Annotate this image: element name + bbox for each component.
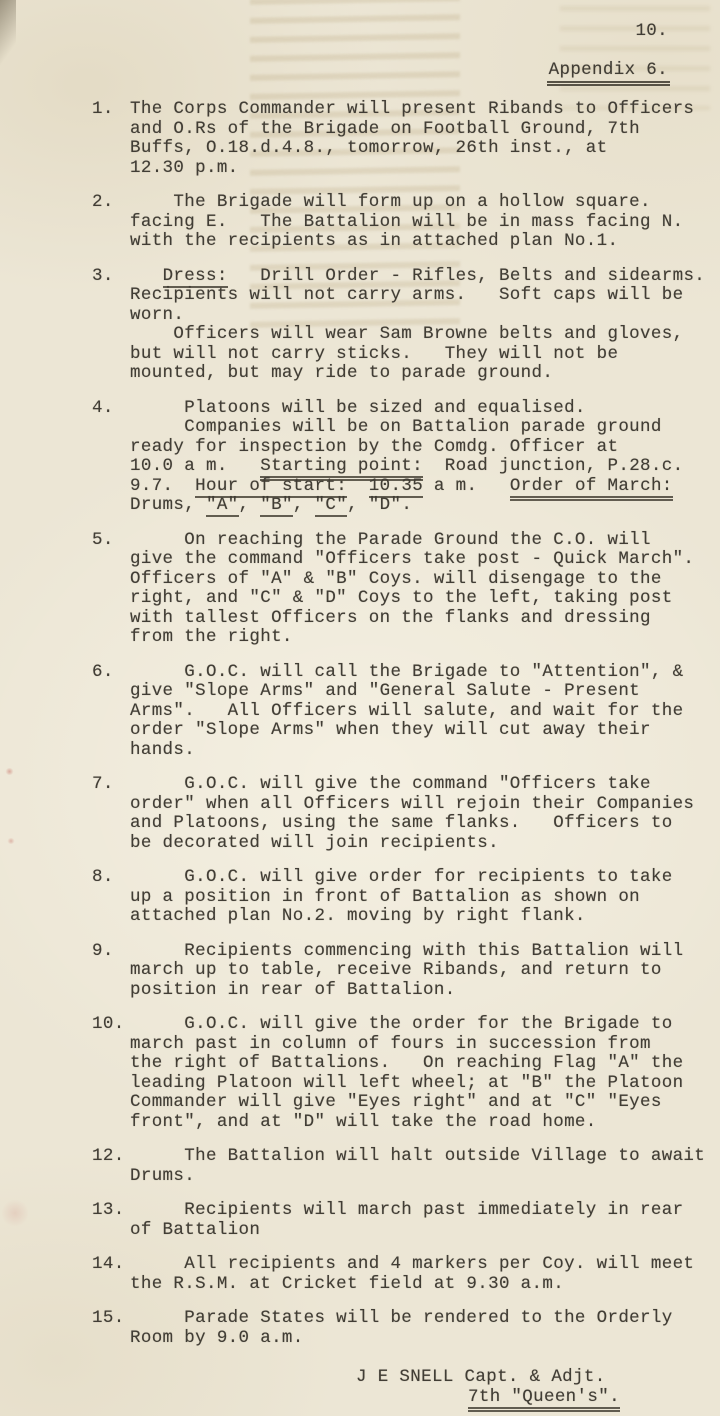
text-segment: Drums. [130,1166,195,1186]
text-segment: of Battalion [130,1220,260,1240]
paper-stain [2,1198,28,1228]
text-line: front", and at "D" will take the road ho… [130,1113,720,1133]
text-segment: be decorated will join recipients. [130,833,499,853]
list-item: 8. G.O.C. will give order for recipients… [92,868,720,927]
page-number: 10. [635,22,668,42]
item-body: G.O.C. will give order for recipients to… [130,868,720,927]
text-line: The Corps Commander will present Ribands… [130,100,720,120]
bleedthrough-texture-right [560,0,710,110]
item-number: 1. [92,100,130,178]
text-line: facing E. The Battalion will be in mass … [130,213,720,233]
text-segment [130,266,163,286]
paper-stain [7,838,15,844]
list-item: 6. G.O.C. will call the Brigade to "Atte… [92,663,720,761]
text-line: ready for inspection by the Comdg. Offic… [130,438,720,458]
text-line: G.O.C. will give order for recipients to… [130,868,720,888]
signature-block: J E SNELL Capt. & Adjt. 7th "Queen's". [356,1368,620,1407]
underlined-text: "B" [260,495,293,517]
text-line: march past in column of fours in success… [130,1035,720,1055]
text-segment: the right of Battalions. On reaching Fla… [130,1053,683,1073]
text-segment: The Brigade will form up on a hollow squ… [130,192,651,212]
text-line: G.O.C. will give the command "Officers t… [130,775,720,795]
text-segment: from the right. [130,627,293,647]
item-number: 8. [92,868,130,927]
text-line: the R.S.M. at Cricket field at 9.30 a.m. [130,1275,720,1295]
text-line: Arms". All Officers will salute, and wai… [130,702,720,722]
item-number: 5. [92,531,130,648]
text-line: Parade States will be rendered to the Or… [130,1309,720,1329]
document-page: 10. Appendix 6. 1.The Corps Commander wi… [0,0,720,1416]
item-number: 3. [92,267,130,384]
list-item: 14. All recipients and 4 markers per Coy… [92,1255,720,1294]
text-line: of Battalion [130,1221,720,1241]
text-segment: give the command "Officers take post - Q… [130,549,694,569]
list-item: 5. On reaching the Parade Ground the C.O… [92,531,720,648]
text-line: Officers will wear Sam Browne belts and … [130,325,720,345]
text-segment: Parade States will be rendered to the Or… [130,1308,673,1328]
text-segment: G.O.C. will give the order for the Briga… [130,1014,673,1034]
text-segment: The Corps Commander will present Ribands… [130,99,694,119]
text-line: Room by 9.0 a.m. [130,1329,720,1349]
text-segment [347,476,369,496]
text-line: worn. [130,306,720,326]
double-underlined-text: Order of March: [510,476,673,501]
text-segment: Recipients will march past immediately i… [130,1200,683,1220]
text-segment: mounted, but may ride to parade ground. [130,363,553,383]
page-corner-shadow [0,0,16,70]
item-number: 15. [92,1309,130,1348]
text-line: give the command "Officers take post - Q… [130,550,720,570]
item-body: Recipients will march past immediately i… [130,1201,720,1240]
text-line: right, and "C" & "D" Coys to the left, t… [130,589,720,609]
text-line: march up to table, receive Ribands, and … [130,961,720,981]
text-line: with the recipients as in attached plan … [130,232,720,252]
item-body: Parade States will be rendered to the Or… [130,1309,720,1348]
text-segment: and Platoons, using the same flanks. Off… [130,813,673,833]
text-line: Dress: Drill Order - Rifles, Belts and s… [130,267,720,287]
text-segment: On reaching the Parade Ground the C.O. w… [130,530,651,550]
text-segment: Buffs, O.18.d.4.8., tomorrow, 26th inst.… [130,138,607,158]
item-body: The Battalion will halt outside Village … [130,1147,720,1186]
text-line: Companies will be on Battalion parade gr… [130,418,720,438]
text-line: Buffs, O.18.d.4.8., tomorrow, 26th inst.… [130,139,720,159]
text-segment: with the recipients as in attached plan … [130,231,618,251]
text-line: 12.30 p.m. [130,159,720,179]
paper-stain [5,768,14,775]
text-segment: 10.0 a m. [130,456,260,476]
text-segment: G.O.C. will call the Brigade to "Attenti… [130,662,683,682]
text-segment: order "Slope Arms" when they will cut aw… [130,720,651,740]
text-segment: position in rear of Battalion. [130,980,456,1000]
item-body: G.O.C. will give the command "Officers t… [130,775,720,853]
list-item: 4. Platoons will be sized and equalised.… [92,399,720,516]
item-number: 7. [92,775,130,853]
item-body: G.O.C. will give the order for the Briga… [130,1015,720,1132]
text-segment: give "Slope Arms" and "General Salute - … [130,681,640,701]
text-line: All recipients and 4 markers per Coy. wi… [130,1255,720,1275]
text-segment: worn. [130,305,184,325]
text-line: Recipients will march past immediately i… [130,1201,720,1221]
text-segment: , [293,495,315,515]
text-segment: the R.S.M. at Cricket field at 9.30 a.m. [130,1274,564,1294]
list-item: 15. Parade States will be rendered to th… [92,1309,720,1348]
text-segment: Road junction, P.28.c. [423,456,683,476]
text-segment: attached plan No.2. moving by right flan… [130,906,586,926]
item-body: Dress: Drill Order - Rifles, Belts and s… [130,267,720,384]
item-body: Platoons will be sized and equalised. Co… [130,399,720,516]
text-segment: Officers will wear Sam Browne belts and … [130,324,683,344]
text-segment: march up to table, receive Ribands, and … [130,960,662,980]
text-segment: facing E. The Battalion will be in mass … [130,212,683,232]
list-item: 13. Recipients will march past immediate… [92,1201,720,1240]
text-line: G.O.C. will give the order for the Briga… [130,1015,720,1035]
text-line: but will not carry sticks. They will not… [130,345,720,365]
text-line: order "Slope Arms" when they will cut aw… [130,721,720,741]
text-segment: right, and "C" & "D" Coys to the left, t… [130,588,673,608]
text-segment: a m. [423,476,510,496]
text-segment: leading Platoon will left wheel; at "B" … [130,1073,683,1093]
text-line: be decorated will join recipients. [130,834,720,854]
text-segment: ready for inspection by the Comdg. Offic… [130,437,618,457]
item-body: The Brigade will form up on a hollow squ… [130,193,720,252]
text-segment: Companies will be on Battalion parade gr… [130,417,662,437]
item-number: 14. [92,1255,130,1294]
text-segment: Room by 9.0 a.m. [130,1328,304,1348]
list-item: 12. The Battalion will halt outside Vill… [92,1147,720,1186]
text-segment: Officers of "A" & "B" Coys. will disenga… [130,569,662,589]
text-segment: but will not carry sticks. They will not… [130,344,618,364]
text-line: and O.Rs of the Brigade on Football Grou… [130,120,720,140]
text-line: The Battalion will halt outside Village … [130,1147,720,1167]
text-segment: Platoons will be sized and equalised. [130,398,586,418]
text-segment: Drill Order - Rifles, Belts and sidearms… [228,266,705,286]
text-segment: hands. [130,740,195,760]
text-line: The Brigade will form up on a hollow squ… [130,193,720,213]
item-body: G.O.C. will call the Brigade to "Attenti… [130,663,720,761]
text-segment: up a position in front of Battalion as s… [130,887,640,907]
signature-name-line: J E SNELL Capt. & Adjt. [356,1368,620,1388]
text-segment: , [239,495,261,515]
item-number: 2. [92,193,130,252]
text-line: G.O.C. will call the Brigade to "Attenti… [130,663,720,683]
list-item: 3. Dress: Drill Order - Rifles, Belts an… [92,267,720,384]
list-item: 7. G.O.C. will give the command "Officer… [92,775,720,853]
text-line: order" when all Officers will rejoin the… [130,795,720,815]
item-number: 13. [92,1201,130,1240]
text-segment: The Battalion will halt outside Village … [130,1146,705,1166]
list-item: 1.The Corps Commander will present Riban… [92,100,720,178]
item-body: Recipients commencing with this Battalio… [130,942,720,1001]
text-line: 9.7. Hour of start: 10.35 a m. Order of … [130,477,720,497]
text-line: Platoons will be sized and equalised. [130,399,720,419]
text-segment: 9.7. [130,476,195,496]
item-number: 4. [92,399,130,516]
text-segment: order" when all Officers will rejoin the… [130,794,694,814]
text-line: 10.0 a m. Starting point: Road junction,… [130,457,720,477]
text-segment: 12.30 p.m. [130,158,239,178]
text-line: hands. [130,741,720,761]
paragraph-list: 1.The Corps Commander will present Riban… [92,100,720,1363]
text-segment: front", and at "D" will take the road ho… [130,1112,597,1132]
text-line: Officers of "A" & "B" Coys. will disenga… [130,570,720,590]
signature-unit-line: 7th "Queen's". [356,1388,620,1408]
text-segment: G.O.C. will give the command "Officers t… [130,774,651,794]
text-line: and Platoons, using the same flanks. Off… [130,814,720,834]
text-line: mounted, but may ride to parade ground. [130,364,720,384]
text-segment: Commander will give "Eyes right" and at … [130,1092,662,1112]
list-item: 2. The Brigade will form up on a hollow … [92,193,720,252]
text-segment: All recipients and 4 markers per Coy. wi… [130,1254,694,1274]
appendix-title: Appendix 6. [547,61,670,86]
text-segment: and O.Rs of the Brigade on Football Grou… [130,119,640,139]
text-line: Commander will give "Eyes right" and at … [130,1093,720,1113]
text-line: the right of Battalions. On reaching Fla… [130,1054,720,1074]
text-segment: Recipients will not carry arms. Soft cap… [130,285,683,305]
text-line: with tallest Officers on the flanks and … [130,609,720,629]
text-segment: Drums, [130,495,206,515]
text-line: Recipients will not carry arms. Soft cap… [130,286,720,306]
text-segment: Recipients commencing with this Battalio… [130,941,683,961]
text-line: from the right. [130,628,720,648]
signature-unit-text: 7th "Queen's". [468,1387,620,1412]
item-body: The Corps Commander will present Ribands… [130,100,720,178]
text-line: give "Slope Arms" and "General Salute - … [130,682,720,702]
text-segment: Arms". All Officers will salute, and wai… [130,701,683,721]
text-segment: G.O.C. will give order for recipients to… [130,867,673,887]
list-item: 9. Recipients commencing with this Batta… [92,942,720,1001]
text-segment: , "D". [347,495,412,515]
item-number: 6. [92,663,130,761]
text-line: leading Platoon will left wheel; at "B" … [130,1074,720,1094]
item-body: All recipients and 4 markers per Coy. wi… [130,1255,720,1294]
text-line: position in rear of Battalion. [130,981,720,1001]
list-item: 10. G.O.C. will give the order for the B… [92,1015,720,1132]
item-number: 12. [92,1147,130,1186]
text-line: Recipients commencing with this Battalio… [130,942,720,962]
item-number: 10. [92,1015,130,1132]
item-body: On reaching the Parade Ground the C.O. w… [130,531,720,648]
text-segment: with tallest Officers on the flanks and … [130,608,651,628]
underlined-text: "C" [315,495,348,517]
text-line: Drums. [130,1167,720,1187]
text-segment: march past in column of fours in success… [130,1034,651,1054]
text-line: On reaching the Parade Ground the C.O. w… [130,531,720,551]
text-line: up a position in front of Battalion as s… [130,888,720,908]
text-line: attached plan No.2. moving by right flan… [130,907,720,927]
underlined-text: "A" [206,495,239,517]
item-number: 9. [92,942,130,1001]
